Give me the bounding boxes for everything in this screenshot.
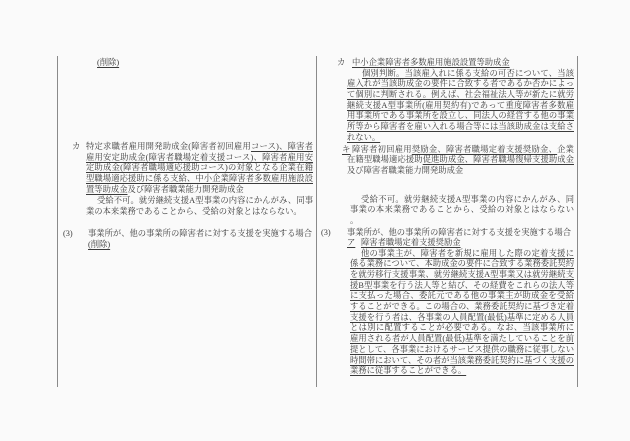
new-provision-column: カ中小企業障害者多数雇用施設設置等助成金個別判断。当該雇入れに係る支給の可否につ… [316,56,577,387]
text-segment: 促進助成金、障害者職場復帰支援助成金 [423,155,574,164]
item-a-heading: ア障害者職場定着支援奨励金 [361,238,574,249]
text-segment: 及び障害者職業能力開発助成金 [347,166,463,175]
table-border-right [577,56,578,387]
item-marker: キ [337,145,350,156]
item-ka-new: カ中小企業障害者多数雇用施設設置等助成金 [352,58,574,69]
text-segment: 受給不可。就労継続支援A型事業の内容にかんがみ、同事業の本来業務であることから、… [86,196,313,216]
item-ka-old: カ特定求職者雇用開発助成金(障害者初回雇用コース)、障害者雇用安定助成金(障害者… [86,142,313,196]
item-marker: (3) [63,229,73,240]
text-segment: 他の事業主が、障害者を新規に雇用した際の定着支援に係る業務について、本助成金の要… [350,249,574,376]
table-border-left [57,56,58,387]
document-page: (削除)カ特定求職者雇用開発助成金(障害者初回雇用コース)、障害者雇用安定助成金… [0,0,630,441]
old-provision-column: (削除)カ特定求職者雇用開発助成金(障害者初回雇用コース)、障害者雇用安定助成金… [57,56,316,387]
text-segment: 個別判断。当該雇入れに係る支給の可否について、当該雇入れが当該助成金の要件に合致… [347,69,574,142]
note-no-receipt: 受給不可。就労継続支援A型事業の内容にかんがみ、同事業の本来業務であることから、… [350,195,574,227]
item-marker: カ [337,58,345,69]
text-segment: 障害者初回雇用 [352,145,412,154]
item-marker: (3) [321,228,331,239]
item-3-new: (3)事業所が、他の事業所の障害者に対する支援を実施する場合 [347,228,574,239]
text-segment: (削除) [97,58,119,67]
item-marker: カ [72,142,80,153]
deleted-note: (削除) [88,240,313,251]
text-segment: 奨励金、障害者職場定着支援奨励金、 [412,145,557,154]
item-ki-new: キ障害者初回雇用奨励金、障害者職場定着支援奨励金、企業在籍型職場適応援助促進助成… [347,145,574,177]
item-marker: ア [347,238,355,249]
text-segment: 中小企業障害者多数雇用施設設置等助成金 [352,58,510,67]
table-border-middle [316,56,317,387]
text-segment: 受給不可。就労継続支援A型事業の内容にかんがみ、同事業の本来業務であることから、… [350,195,574,225]
note-no-receipt: 受給不可。就労継続支援A型事業の内容にかんがみ、同事業の本来業務であることから、… [86,196,313,217]
para-individual-judgment: 個別判断。当該雇入れに係る支給の可否について、当該雇入れが当該助成金の要件に合致… [347,69,574,144]
para-settlement-support: 他の事業主が、障害者を新規に雇用した際の定着支援に係る業務について、本助成金の要… [350,249,574,377]
text-segment: 障害者職場定着支援奨励金 [361,238,461,247]
item-3-old: (3)事業所が、他の事業所の障害者に対する支援を実施する場合 [88,229,313,240]
text-segment: 事業所が、他の事業所の障害者に対する支援を実施する場合 [88,229,312,238]
text-segment: 及び障害者職業能力開発助成金 [128,185,244,194]
deleted-note: (削除) [97,58,313,69]
text-segment: 事業所が、他の事業所の障害者に対する支援を実施する場合 [347,228,571,237]
text-segment: 特定求職者雇用開発助成金(障害者初回雇用 [86,142,251,151]
text-segment: (削除) [88,240,110,249]
